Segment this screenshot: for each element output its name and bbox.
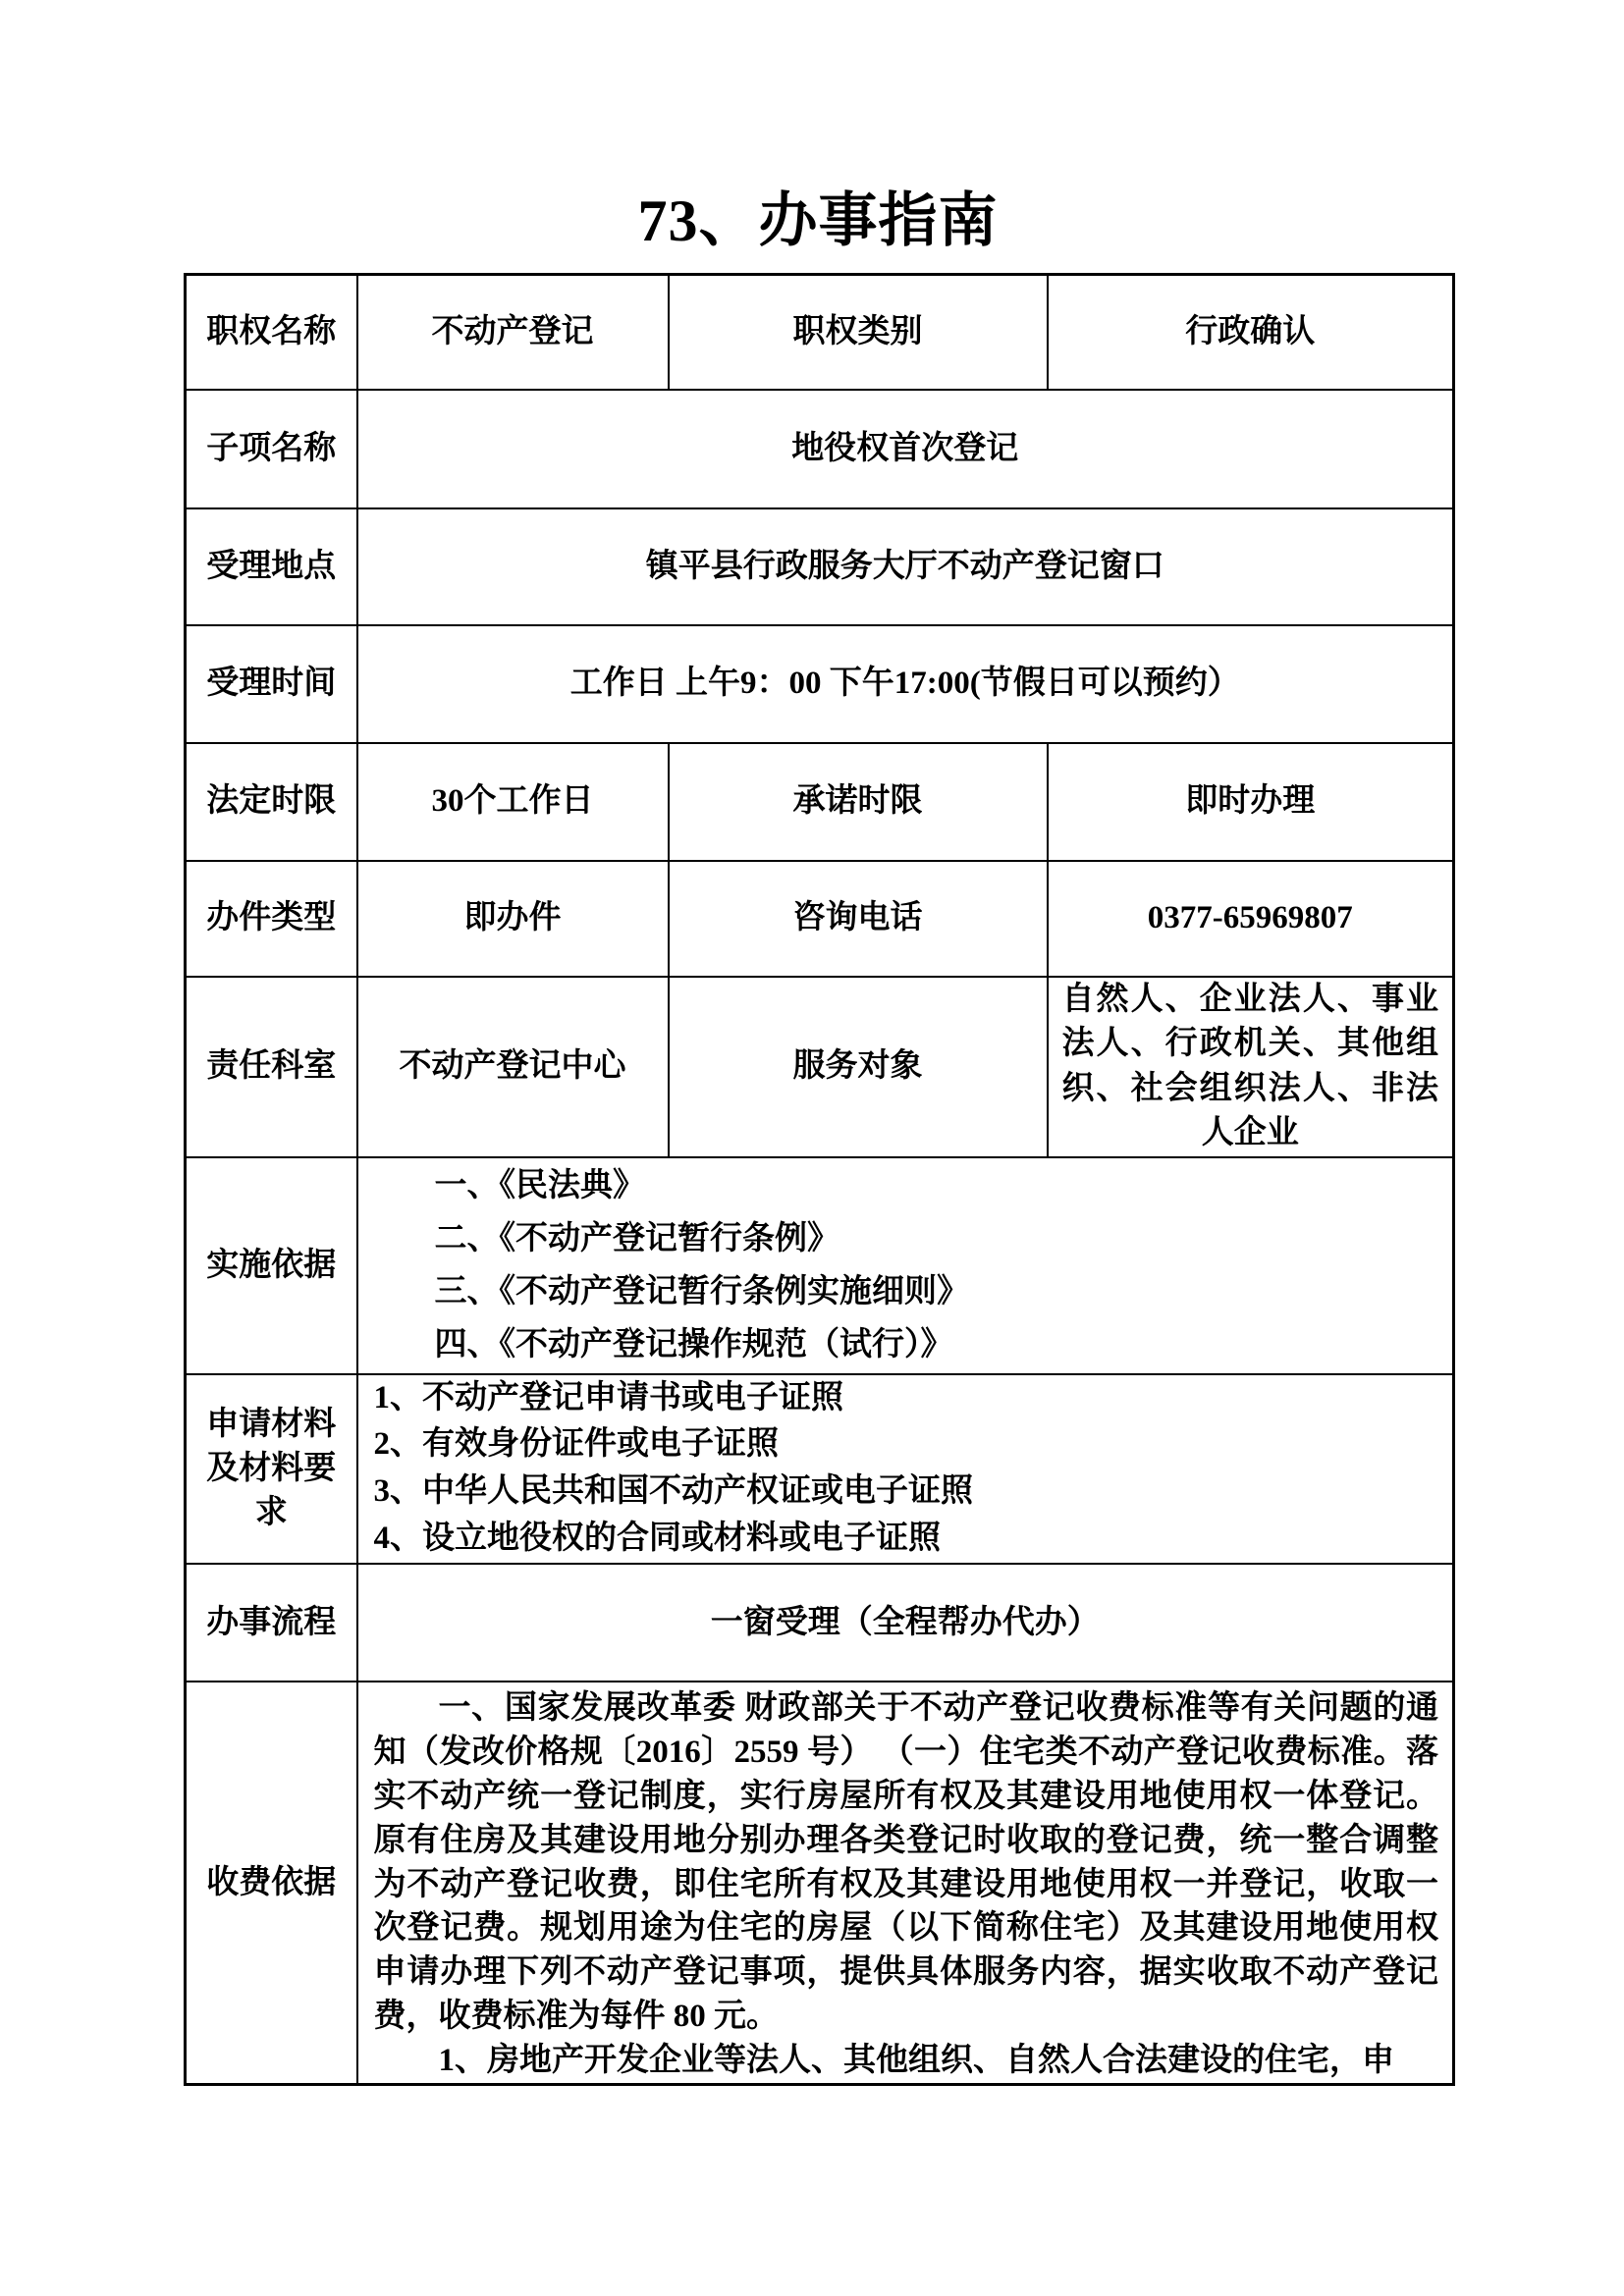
service-guide-table: 职权名称 不动产登记 职权类别 行政确认 子项名称 地役权首次登记 受理地点 镇… (184, 273, 1455, 2086)
table-row: 收费依据 一、国家发展改革委 财政部关于不动产登记收费标准等有关问题的通知（发改… (186, 1682, 1454, 2084)
table-row: 受理地点 镇平县行政服务大厅不动产登记窗口 (186, 508, 1454, 625)
table-row: 职权名称 不动产登记 职权类别 行政确认 (186, 275, 1454, 390)
document-page: 73、办事指南 职权名称 不动产登记 职权类别 行政确认 子项名称 地役权首次登… (0, 0, 1624, 2296)
table-row: 子项名称 地役权首次登记 (186, 390, 1454, 508)
consult-phone-label: 咨询电话 (669, 861, 1048, 977)
consult-phone-value: 0377-65969807 (1048, 861, 1454, 977)
fee-basis-paragraph-2: 1、房地产开发企业等法人、其他组织、自然人合法建设的住宅，申 (374, 2039, 1439, 2083)
subitem-name-label: 子项名称 (186, 390, 357, 508)
case-type-value: 即办件 (357, 861, 669, 977)
legal-basis-list: 一、《民法典》 二、《不动产登记暂行条例》 三、《不动产登记暂行条例实施细则》 … (357, 1157, 1454, 1374)
legal-basis-item: 二、《不动产登记暂行条例》 (435, 1212, 1445, 1265)
statutory-limit-label: 法定时限 (186, 743, 357, 861)
table-row: 受理时间 工作日 上午9：00 下午17:00(节假日可以预约） (186, 625, 1454, 743)
legal-basis-item: 四、《不动产登记操作规范（试行）》 (435, 1318, 1445, 1371)
power-name-label: 职权名称 (186, 275, 357, 390)
fee-basis-label: 收费依据 (186, 1682, 357, 2084)
accept-time-value: 工作日 上午9：00 下午17:00(节假日可以预约） (357, 625, 1454, 743)
legal-basis-item: 一、《民法典》 (435, 1159, 1445, 1212)
service-target-label: 服务对象 (669, 977, 1048, 1157)
table-row: 办件类型 即办件 咨询电话 0377-65969807 (186, 861, 1454, 977)
material-item: 2、有效身份证件或电子证照 (374, 1421, 1445, 1468)
fee-basis-paragraph-1: 一、国家发展改革委 财政部关于不动产登记收费标准等有关问题的通知（发改价格规〔2… (374, 1686, 1439, 2039)
material-item: 3、中华人民共和国不动产权证或电子证照 (374, 1468, 1445, 1516)
legal-basis-item: 三、《不动产登记暂行条例实施细则》 (435, 1265, 1445, 1318)
power-name-value: 不动产登记 (357, 275, 669, 390)
materials-list: 1、不动产登记申请书或电子证照 2、有效身份证件或电子证照 3、中华人民共和国不… (357, 1374, 1454, 1564)
subitem-name-value: 地役权首次登记 (357, 390, 1454, 508)
responsible-dept-value: 不动产登记中心 (357, 977, 669, 1157)
accept-time-label: 受理时间 (186, 625, 357, 743)
power-category-label: 职权类别 (669, 275, 1048, 390)
fee-basis-content: 一、国家发展改革委 财政部关于不动产登记收费标准等有关问题的通知（发改价格规〔2… (357, 1682, 1454, 2084)
service-target-value: 自然人、企业法人、事业法人、行政机关、其他组织、社会组织法人、非法人企业 (1048, 977, 1454, 1157)
material-item: 4、设立地役权的合同或材料或电子证照 (374, 1516, 1445, 1563)
material-item: 1、不动产登记申请书或电子证照 (374, 1375, 1445, 1422)
power-category-value: 行政确认 (1048, 275, 1454, 390)
table-row: 办事流程 一窗受理（全程帮办代办） (186, 1564, 1454, 1682)
table-row: 实施依据 一、《民法典》 二、《不动产登记暂行条例》 三、《不动产登记暂行条例实… (186, 1157, 1454, 1374)
process-label: 办事流程 (186, 1564, 357, 1682)
legal-basis-label: 实施依据 (186, 1157, 357, 1374)
accept-location-label: 受理地点 (186, 508, 357, 625)
materials-label: 申请材料及材料要求 (186, 1374, 357, 1564)
process-value: 一窗受理（全程帮办代办） (357, 1564, 1454, 1682)
responsible-dept-label: 责任科室 (186, 977, 357, 1157)
table-row: 法定时限 30个工作日 承诺时限 即时办理 (186, 743, 1454, 861)
promised-limit-value: 即时办理 (1048, 743, 1454, 861)
table-row: 责任科室 不动产登记中心 服务对象 自然人、企业法人、事业法人、行政机关、其他组… (186, 977, 1454, 1157)
accept-location-value: 镇平县行政服务大厅不动产登记窗口 (357, 508, 1454, 625)
case-type-label: 办件类型 (186, 861, 357, 977)
table-row: 申请材料及材料要求 1、不动产登记申请书或电子证照 2、有效身份证件或电子证照 … (186, 1374, 1454, 1564)
page-title: 73、办事指南 (184, 188, 1452, 253)
promised-limit-label: 承诺时限 (669, 743, 1048, 861)
statutory-limit-value: 30个工作日 (357, 743, 669, 861)
